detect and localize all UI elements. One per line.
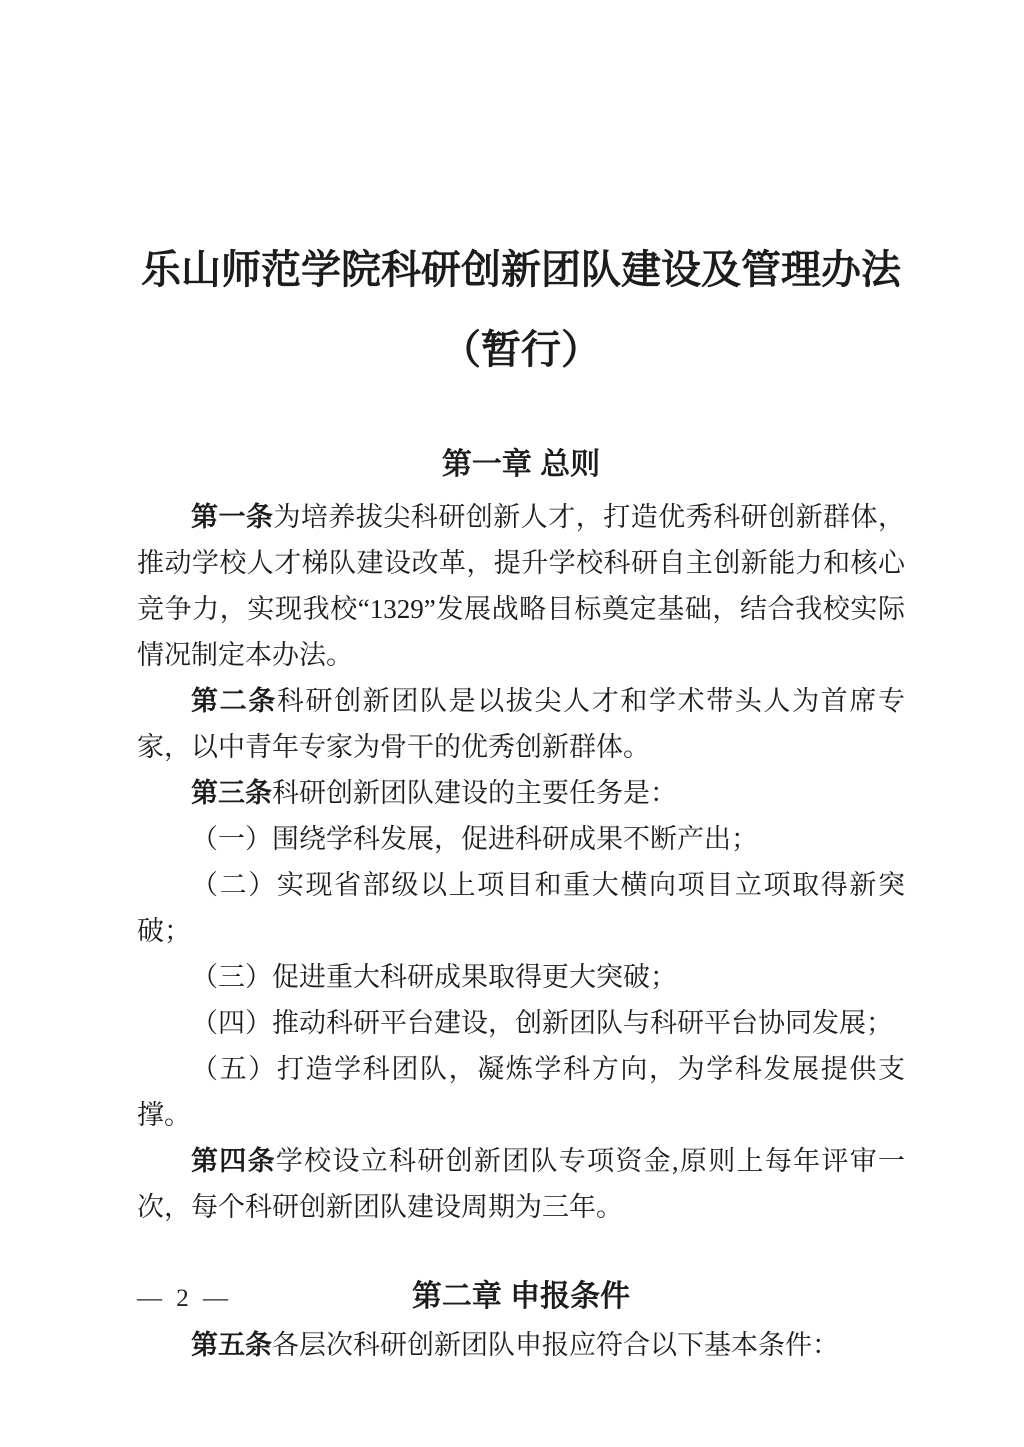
document-subtitle: （暂行）: [137, 328, 905, 372]
document-content: 乐山师范学院科研创新团队建设及管理办法 （暂行） 第一章 总则 第一条为培养拔尖…: [137, 0, 905, 1368]
page-number: — 2 —: [137, 1284, 232, 1314]
list-item-5-text: （五）打造学科团队，凝炼学科方向，为学科发展提供支撑。: [137, 1054, 905, 1130]
list-item-1: （一）围绕学科发展，促进科研成果不断产出；: [137, 816, 905, 862]
clause-3-label: 第三条: [191, 778, 272, 808]
clause-paragraph-3: 第三条科研创新团队建设的主要任务是：: [137, 770, 905, 816]
document-title: 乐山师范学院科研创新团队建设及管理办法: [137, 248, 905, 292]
clause-3-text: 科研创新团队建设的主要任务是：: [272, 778, 677, 808]
chapter-2-heading: 第二章 申报条件: [137, 1280, 905, 1314]
list-item-2: （二）实现省部级以上项目和重大横向项目立项取得新突破；: [137, 862, 905, 954]
list-item-5: （五）打造学科团队，凝炼学科方向，为学科发展提供支撑。: [137, 1046, 905, 1138]
clause-paragraph-5: 第五条各层次科研创新团队申报应符合以下基本条件：: [137, 1322, 905, 1368]
clause-1-label: 第一条: [191, 502, 273, 532]
chapter-1-body: 第一条为培养拔尖科研创新人才，打造优秀科研创新群体，推动学校人才梯队建设改革，提…: [137, 494, 905, 1230]
document-page: 乐山师范学院科研创新团队建设及管理办法 （暂行） 第一章 总则 第一条为培养拔尖…: [0, 0, 1024, 1447]
list-item-4: （四）推动科研平台建设，创新团队与科研平台协同发展；: [137, 1000, 905, 1046]
clause-5-label: 第五条: [191, 1330, 272, 1360]
chapter-1-heading: 第一章 总则: [137, 448, 905, 482]
list-item-2-text: （二）实现省部级以上项目和重大横向项目立项取得新突破；: [137, 870, 905, 946]
clause-paragraph-2: 第二条科研创新团队是以拔尖人才和学术带头人为首席专家，以中青年专家为骨干的优秀创…: [137, 678, 905, 770]
chapter-2-body: 第五条各层次科研创新团队申报应符合以下基本条件：: [137, 1322, 905, 1368]
clause-paragraph-1: 第一条为培养拔尖科研创新人才，打造优秀科研创新群体，推动学校人才梯队建设改革，提…: [137, 494, 905, 678]
clause-5-text: 各层次科研创新团队申报应符合以下基本条件：: [272, 1330, 839, 1360]
list-item-4-text: （四）推动科研平台建设，创新团队与科研平台协同发展；: [191, 1008, 893, 1038]
clause-4-label: 第四条: [191, 1146, 276, 1176]
list-item-3: （三）促进重大科研成果取得更大突破；: [137, 954, 905, 1000]
list-item-3-text: （三）促进重大科研成果取得更大突破；: [191, 962, 677, 992]
clause-paragraph-4: 第四条学校设立科研创新团队专项资金,原则上每年评审一次，每个科研创新团队建设周期…: [137, 1138, 905, 1230]
list-item-1-text: （一）围绕学科发展，促进科研成果不断产出；: [191, 824, 758, 854]
clause-2-label: 第二条: [191, 686, 277, 716]
